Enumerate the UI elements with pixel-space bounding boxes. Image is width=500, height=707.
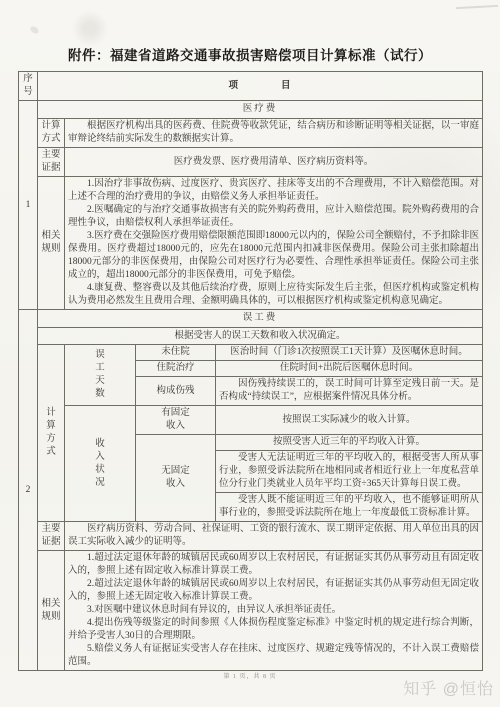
medical-band-row: 1 医疗费: [19, 101, 483, 119]
rule-item: 2.医嘱确定的与治疗交通事故损害有关的院外购药费用，应计入赔偿范围。院外购药费用…: [68, 204, 479, 230]
lostwork-seq-no: 2: [19, 310, 38, 671]
lostwork-calc-label-text: 计算方式: [46, 407, 56, 459]
days-disability-paragraph: 因伤残持续误工的，误工时间可计算至定残日前一天。是否构成“持续误工”，应根据案件…: [219, 378, 479, 404]
rule-item: 1.因治疗非事故伤病、过度医疗、贵宾医疗、挂床等支出的不合理费用，不计入赔偿范围…: [68, 178, 479, 204]
rule-item: 2.超过法定退休年龄的城镇居民或60周岁以上农村居民，有证据证实其仍从事劳动但无…: [68, 578, 479, 604]
lostwork-days-group-text: 误工天数: [95, 349, 105, 401]
days-subcat-hospitalized: 住院治疗: [136, 361, 216, 377]
lostwork-evidence-paragraph: 医疗病历资料、劳动合同、社保证明、工资的银行流水、误工期评定依据、用人单位出具的…: [68, 523, 479, 549]
lostwork-rules-row: 相关规则 1.超过法定退休年龄的城镇居民或60周岁以上农村居民，有证据证实其仍从…: [19, 551, 483, 671]
rule-item: 3.医疗费在交强险医疗费用赔偿限额范围即18000元以内的，保险公司全额赔付，不…: [68, 230, 479, 282]
header-seq-no: 序号: [19, 72, 38, 101]
scan-artifact-streak: [456, 5, 498, 9]
days-subcat-disability: 构成伤残: [136, 377, 216, 406]
scan-artifact-smudge: [29, 25, 40, 35]
medical-band: 医疗费: [38, 101, 483, 119]
lostwork-calc-label: 计算方式: [38, 345, 65, 522]
medical-calc-label: 计算方式: [38, 119, 65, 148]
zhihu-watermark: 知乎 @恒怡: [403, 676, 494, 699]
table-header-row: 序号 项 目: [19, 72, 483, 101]
lostwork-income-group-text: 收入状况: [95, 438, 105, 490]
rule-item: 5.赔偿义务人有证据证实受害人存在挂床、过度医疗、规避定残等情况的，不计入误工费…: [68, 643, 479, 669]
income-fixed-label-text: 有固定收入: [160, 407, 190, 433]
income-unfixed-text-3: 受害人既不能证明近三年的平均收入，也不能够证明所从事行业的，参照受诉法院所在地上…: [216, 493, 483, 522]
lostwork-income-group: 收入状况: [65, 406, 136, 522]
lostwork-band-row: 2 误工费: [19, 310, 483, 328]
lostwork-evidence-row: 主要证据 医疗病历资料、劳动合同、社保证明、工资的银行流水、误工期评定依据、用人…: [19, 522, 483, 551]
income-unfixed-label-text: 无固定收入: [160, 465, 190, 491]
medical-rules-text: 1.因治疗非事故伤病、过度医疗、贵宾医疗、挂床等支出的不合理费用，不计入赔偿范围…: [65, 177, 483, 310]
rule-item: 1.超过法定退休年龄的城镇居民或60周岁以上农村居民，有证据证实其仍从事劳动且有…: [68, 552, 479, 578]
days-text-hospitalized: 住院时间+出院后医嘱休息时间。: [216, 361, 483, 377]
income-fixed-text: 按照误工实际减少的收入计算。: [216, 406, 483, 435]
days-text-not-hospitalized: 医治时间（门诊1次按照误工1天计算）及医嘱休息时间。: [216, 345, 483, 361]
medical-evidence-row: 主要证据 医疗费发票、医疗费用清单、医疗病历资料等。: [19, 148, 483, 177]
medical-rules-row: 相关规则 1.因治疗非事故伤病、过度医疗、贵宾医疗、挂床等支出的不合理费用，不计…: [19, 177, 483, 310]
lostwork-income-row-1: 收入状况 有固定收入 按照误工实际减少的收入计算。: [19, 406, 483, 435]
income-unfixed-paragraph-2: 受害人无法证明近三年的平均收入的，根据受害人所从事行业，参照受诉法院所在地相同或…: [219, 452, 479, 491]
compensation-standard-table: 序号 项 目 1 医疗费 计算方式 根据医疗机构出具的医药费、住院费等收款凭证，…: [18, 71, 483, 671]
lostwork-intro: 根据受害人的误工天数和收入状况确定。: [38, 328, 483, 345]
medical-calc-row: 计算方式 根据医疗机构出具的医药费、住院费等收款凭证，结合病历和诊断证明等相关证…: [19, 119, 483, 148]
lostwork-evidence-label: 主要证据: [38, 522, 65, 551]
days-subcat-not-hospitalized: 未住院: [136, 345, 216, 361]
medical-evidence-text: 医疗费发票、医疗费用清单、医疗病历资料等。: [65, 148, 483, 177]
lostwork-days-group: 误工天数: [65, 345, 136, 406]
income-subcat-fixed: 有固定收入: [136, 406, 216, 435]
medical-rules-label: 相关规则: [38, 177, 65, 310]
income-unfixed-paragraph-3: 受害人既不能证明近三年的平均收入，也不能够证明所从事行业的，参照受诉法院所在地上…: [219, 494, 479, 520]
income-unfixed-text-1: 按照受害人近三年的平均收入计算。: [216, 435, 483, 451]
medical-evidence-label: 主要证据: [38, 148, 65, 177]
header-item: 项 目: [38, 72, 483, 101]
income-subcat-unfixed: 无固定收入: [136, 435, 216, 522]
medical-calc-paragraph: 根据医疗机构出具的医药费、住院费等收款凭证，结合病历和诊断证明等相关证据，以一审…: [68, 120, 479, 146]
rule-item: 3.对医嘱中建议休息时间有异议的，由异议人承担举证责任。: [68, 604, 479, 617]
document-title: 附件：福建省道路交通事故损害赔偿项目计算标准（试行）: [0, 44, 500, 64]
medical-seq-no: 1: [19, 101, 38, 310]
lostwork-rules-text: 1.超过法定退休年龄的城镇居民或60周岁以上农村居民，有证据证实其仍从事劳动且有…: [65, 551, 483, 671]
lostwork-intro-row: 根据受害人的误工天数和收入状况确定。: [19, 328, 483, 345]
days-text-disability: 因伤残持续误工的，误工时间可计算至定残日前一天。是否构成“持续误工”，应根据案件…: [216, 377, 483, 406]
medical-calc-text: 根据医疗机构出具的医药费、住院费等收款凭证，结合病历和诊断证明等相关证据，以一审…: [65, 119, 483, 148]
rule-item: 4.康复费、整容费以及其他后续治疗费，原则上应待实际发生后主张，但医疗机构或鉴定…: [68, 282, 479, 308]
rule-item: 4.提出伤残等级鉴定的时间参照《人体损伤程度鉴定标准》中鉴定时机的规定进行综合判…: [68, 617, 479, 643]
income-unfixed-text-2: 受害人无法证明近三年的平均收入的，根据受害人所从事行业，参照受诉法院所在地相同或…: [216, 451, 483, 493]
lostwork-band: 误工费: [38, 310, 483, 328]
lostwork-days-row-1: 计算方式 误工天数 未住院 医治时间（门诊1次按照误工1天计算）及医嘱休息时间。: [19, 345, 483, 361]
lostwork-rules-label: 相关规则: [38, 551, 65, 671]
lostwork-evidence-text: 医疗病历资料、劳动合同、社保证明、工资的银行流水、误工期评定依据、用人单位出具的…: [65, 522, 483, 551]
